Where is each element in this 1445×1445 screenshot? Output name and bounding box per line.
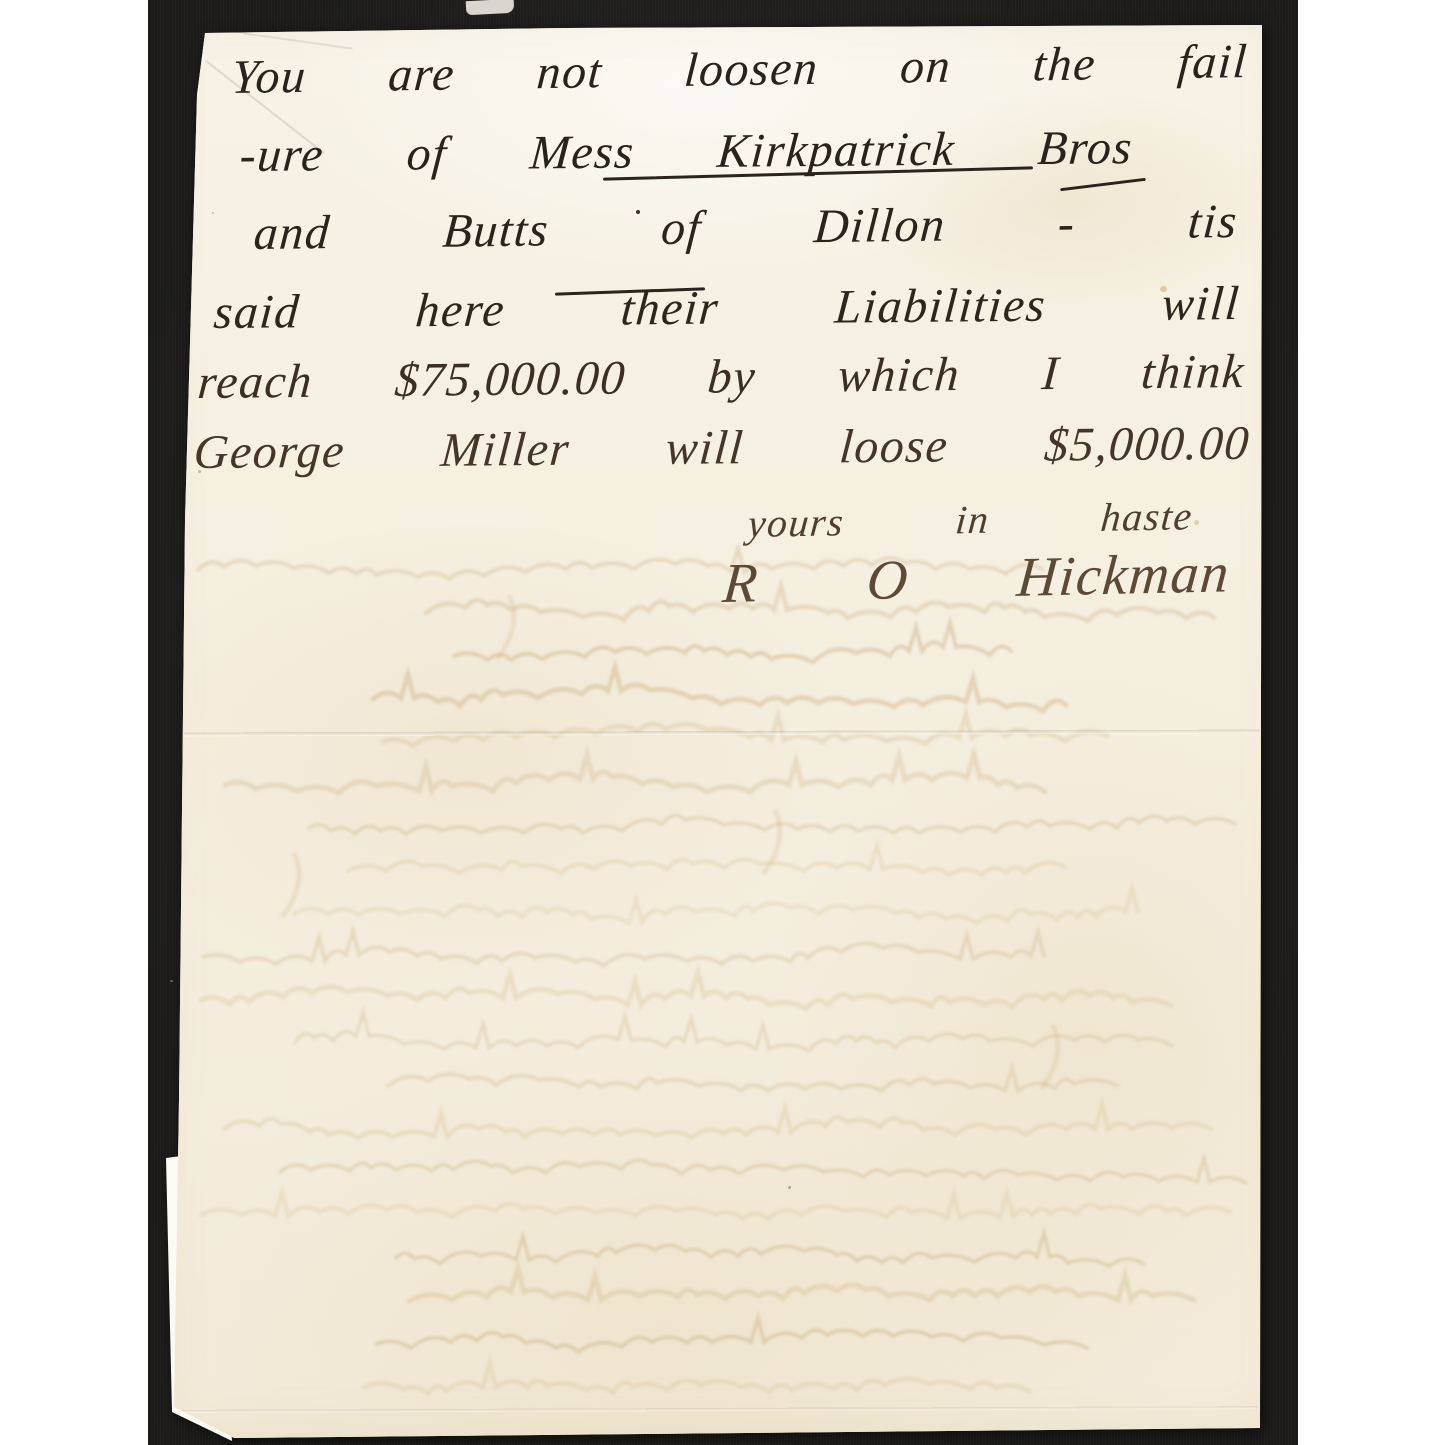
photo-black-background: Youarenotloosenonthefail -ureofMessKirkp… — [148, 0, 1298, 1445]
handwriting-line-6: GeorgeMillerwillloose$5,000.00 — [192, 416, 1252, 480]
dust-speck — [198, 470, 201, 473]
letter-paper-wrapper: Youarenotloosenonthefail -ureofMessKirkp… — [148, 0, 1298, 1445]
ink-speck — [636, 210, 640, 214]
handwriting-line-2: -ureofMessKirkpatrickBros — [238, 120, 1135, 183]
torn-paper-fragment — [466, 0, 515, 15]
handwriting-line-1: Youarenotloosenonthefail — [230, 34, 1250, 105]
handwriting-line-4: saidheretheirLiabilitieswill — [212, 276, 1242, 340]
stain-speck — [1160, 286, 1167, 292]
signature: ROHickman — [720, 541, 1232, 616]
scanned-photo-canvas: Youarenotloosenonthefail -ureofMessKirkp… — [0, 0, 1445, 1445]
letter-paper: Youarenotloosenonthefail -ureofMessKirkp… — [148, 0, 1298, 1445]
dust-speck — [212, 212, 214, 214]
ink-underline-bros — [1060, 178, 1146, 191]
handwriting-line-5: reach$75,000.00bywhichIthink — [196, 344, 1247, 410]
bleed-through-writing — [168, 545, 1268, 1430]
handwriting-line-3: andButtsofDillon-tis — [252, 194, 1240, 261]
dust-speck — [170, 980, 173, 982]
corner-crease — [243, 32, 352, 49]
stain-speck — [1194, 520, 1199, 525]
ink-speck — [788, 1186, 791, 1189]
closing-valediction: yoursinhaste — [746, 492, 1195, 547]
